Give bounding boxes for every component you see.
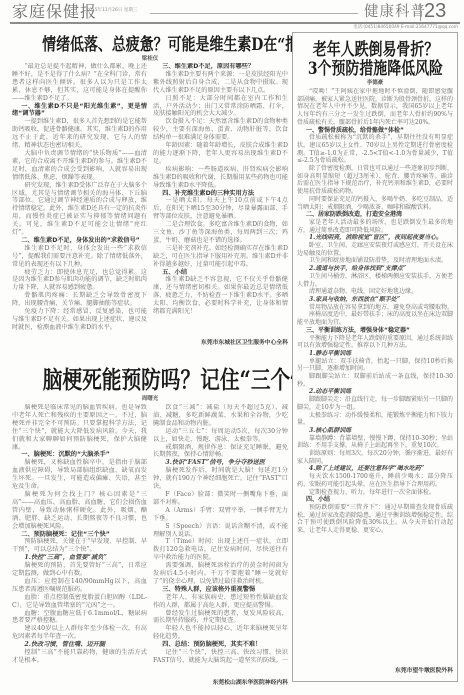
issue-date: 2025年11月26日 星期三 bbox=[86, 8, 137, 14]
article-title-text: 3个预防措施降低风险 bbox=[307, 59, 442, 79]
paragraph: 清理通道杂物、电线，固定好地毯边缘。 bbox=[297, 288, 453, 296]
paragraph: 需要强调，脑梗死溶栓治疗的黄金时间窗为发病后4.5小时内。千万不要抱着“睡一觉就… bbox=[153, 562, 288, 586]
paragraph: 维生素D缺乏不容忽视，它不仅关乎骨骼健康，还与情绪密切相关。如果你最近总是情绪低… bbox=[153, 276, 288, 316]
article-title-text: 老年人跌倒易骨折？ bbox=[312, 40, 437, 60]
paragraph: 脑梗死，又称缺血性脑卒中，是指由于脑部血液供应障碍，导致局部脑组织缺血、缺氧而发… bbox=[12, 459, 147, 491]
paragraph: 座椅高度适中，最好带扶手；床的高度以坐在床边双脚能平放地面为宜。 bbox=[297, 311, 453, 326]
paragraph: 训练原则：每周3次，每次20分钟，循序渐进，最好有家人陪同。 bbox=[297, 450, 453, 465]
paragraph: 脑梗死为何会找上门？核心因素是“三高”——高血压、高血脂、高血糖，它们会损伤血管… bbox=[12, 491, 147, 531]
paragraph: 一是晒太阳。每天上午10点前或下午4点后，在阳光下晒15至30分钟，尽量暴露面部… bbox=[153, 197, 288, 221]
paragraph: 免疫力下降：经常感冒、反复感染，也可能与维生素D不足有关。如果出现上述症状，建议… bbox=[12, 308, 147, 332]
subheading: 4.除了上述建议，还要注意科学“喝水吃药” bbox=[297, 465, 453, 473]
paragraph: 运动“三五七”：每周运动5次，每次30分钟以上，如快走、慢跑、游泳、太极拳等。 bbox=[153, 428, 288, 444]
article-body: “哎呦！”王阿姨在家中拖地时不慎滑倒，随即感觉髋部剧痛，被家人紧急送往医院，诊断… bbox=[297, 88, 453, 664]
paragraph: 一提到维生素D，很多人首先想到的是它能帮助钙吸收、促进骨骼健康。其实，维生素D的… bbox=[12, 118, 147, 150]
paragraph: 大脑中负责调节情绪的“快乐物质”——血清素，它的合成离不开维生素D的参与。维生素… bbox=[12, 150, 147, 182]
paragraph: 靠墙静蹲：背靠墙壁，慢慢下蹲，保持10-30秒；坐站训练：不用手支撑，从椅子上站… bbox=[297, 435, 453, 450]
paragraph: A（Arms）手臂：双臂平举，一侧手臂无力下垂。 bbox=[153, 507, 288, 523]
article-title-line-1: 老年人跌倒易骨折？ bbox=[292, 40, 458, 60]
paragraph: 单腿站立：双手扶椅背，抬起一只脚，保持10秒后换另一只脚，逐渐增加时间。 bbox=[297, 358, 453, 373]
article-author: 李德豪 bbox=[292, 80, 458, 87]
article-title: 情绪低落、总疲惫？可能是维生素D在“报警”！ bbox=[10, 35, 290, 55]
paragraph: 研究发现，维生素D受体广泛存在于大脑多个区域，尤其是与情绪调节相关的海马体、下丘… bbox=[12, 182, 147, 237]
article-body: 脑梗死是临床常见的脑血管疾病，也是导致中老年人死亡和残疾的主要原因之一。不过，脑… bbox=[12, 404, 288, 677]
paragraph: 血压：应控制在140/90mmHg以下，高血压患者需遵医嘱规范服药。 bbox=[12, 578, 147, 594]
paragraph: 三是补充剂补充。如经检测确实存在维生素D缺乏，可在医生指导下服用补充剂。维生素D… bbox=[153, 245, 288, 269]
subheading: 3.核心肌群训练 bbox=[297, 427, 453, 435]
paragraph: T（Time）时间：出现上述任一症状，立即拨打120急救电话，记住发病时间，尽快… bbox=[153, 538, 288, 562]
subheading: 1.光线明亮，消除视觉“盲区”，夜间起夜要当心。 bbox=[297, 234, 453, 242]
section-heading: 二、维生素D不足，身体发出的“求救信号” bbox=[12, 237, 147, 245]
paragraph: 脚跟脚尖站立：双脚前后站成一条直线，保持10-30秒。 bbox=[297, 373, 453, 388]
article-title: 脑梗死能预防吗？记住“三个快”！ bbox=[10, 366, 290, 394]
section-heading: 三、平衡训练方法，增强身体“稳定器” bbox=[297, 327, 453, 335]
paragraph: 年龄因素：随着年龄增长，皮肤合成维生素D的能力逐渐下降，老年人更容易出现维生素D… bbox=[153, 142, 288, 166]
paragraph: 戒烟限酒、规律作息：保证充足睡眠，避免长期熬夜，保持心情舒畅。 bbox=[153, 444, 288, 460]
article-source: 东莞松山湖东华医院神经内科 bbox=[150, 680, 288, 687]
paragraph: “哎呦！”王阿姨在家中拖地时不慎滑倒，随即感觉髋部剧痛，被家人紧急送往医院，诊断… bbox=[297, 88, 453, 127]
paragraph: 预防脑梗死，关键在于“早发现、早控制、早干预”，可以总结为“三个快”。 bbox=[12, 538, 147, 554]
paragraph: 卧室、卫生间、走廊应安装夜灯或感应灯，开关设在床边易触及的位置。 bbox=[297, 242, 453, 257]
article-source: 东莞市东城社区卫生服务中心全科 bbox=[150, 340, 288, 347]
paragraph: 老年人、有家族病史、患过短暂性脑缺血发作的人群，都属于高危人群，更应提高警惕。 bbox=[153, 594, 288, 610]
paragraph: 太极拳练习：动作缓慢柔和，能锻炼平衡能力和下肢力量。 bbox=[297, 412, 453, 427]
paragraph: 年轻人也不能掉以轻心，近年来脑梗死呈年轻化趋势。 bbox=[153, 625, 288, 641]
paragraph: 维生素D主要有两个来源：一是皮肤经阳光中紫外线照射后自身合成，二是从食物中摄取。… bbox=[153, 71, 288, 95]
masthead-rule bbox=[10, 22, 460, 24]
paragraph: 骨质疏松被称为“沉默的杀手”，早期往往没有明显症状。建议65岁以上女性、70岁以… bbox=[297, 134, 453, 165]
paragraph: 预防跌倒需要“三管齐下”：通过早期筛查发现骨质疏松，通过居家改造消除隐患，通过平… bbox=[297, 504, 453, 535]
masthead-divider bbox=[420, 4, 421, 21]
paragraph: 维生素D不足时，身体会发出一些“求救信号”，提醒我们需要注意补充。除了情绪低落外… bbox=[12, 245, 147, 269]
paragraph: 疲劳乏力：即使休息充足，也总觉得累。这是因为维生素D参与肌肉功能的调节，缺乏时肌… bbox=[12, 269, 147, 293]
paragraph: 饮食“三减”：减盐（每天不超过5克）、减油、减糖，多吃新鲜蔬菜、水果和全谷物，少… bbox=[153, 404, 288, 428]
paragraph: 脚跟脚尖走：沿直线行走，每一步脚跟紧贴另一只脚的脚尖，走10步为一组。 bbox=[297, 396, 453, 411]
section-heading: 二、居家防跌倒改造，打造安全港湾 bbox=[297, 211, 453, 219]
paragraph: 平衡能力下降是老年人跌倒的重要原因，通过系统训练可以有效增强稳定性。推荐以下几种… bbox=[297, 335, 453, 350]
section-title: 健康科普 bbox=[364, 3, 426, 21]
subheading: 3.家具与收纳，东西放在“顺手处” bbox=[297, 296, 453, 304]
subheading: 1.快控“三高”，血管要“减负” bbox=[12, 554, 147, 562]
masthead-thin-rule bbox=[150, 13, 358, 14]
article-body: “最近总是提不起精神，做什么都累，晚上还睡不好，是不是得了什么病？”在全科门诊，… bbox=[12, 63, 288, 339]
paragraph: 骨骼肌肉疼痛：长期缺乏会导致骨密度下降，出现腰背痛、关节痛、腿脚抽筋等症状。 bbox=[12, 292, 147, 308]
paragraph: 血脂：重点控制低密度脂蛋白胆固醇（LDL-C），它是导致血管堵塞的“元凶”之一。 bbox=[12, 594, 147, 610]
paragraph: 脑梗死是临床常见的脑血管疾病，也是导致中老年人死亡和残疾的主要原因之一。不过，脑… bbox=[12, 404, 147, 451]
subheading: 2.通道与扶手，给身体找到“支撑点” bbox=[297, 265, 453, 273]
section-heading: 四、总结：预防脑梗死，其实不难！ bbox=[153, 641, 288, 649]
paragraph: 血糖：空腹血糖应低于6.1mmol/L，糖尿病患者要严格控糖。 bbox=[12, 610, 147, 626]
subheading: 2.快改习惯，管住嘴、迈开腿 bbox=[12, 641, 147, 649]
newspaper-name: 家庭保健报 bbox=[12, 2, 97, 22]
subheading: 2.动态平衡训练 bbox=[297, 388, 453, 396]
article-title-line-2: 3个预防措施降低风险 bbox=[292, 59, 458, 79]
section-heading: 四、小结 bbox=[297, 496, 453, 504]
paragraph: F（Face）脸部：微笑时一侧嘴角下垂，面部不对称。 bbox=[153, 491, 288, 507]
page-number: 23 bbox=[424, 0, 446, 22]
paragraph: 每天饮水1500-1700毫升，睡前少喝水；部分降压药、安眠药可能引起头晕，应在… bbox=[297, 473, 453, 488]
paragraph: 除了骨密度检测，日常也可以通过一些迹象初步判断，如身高明显缩短（超过3厘米）、驼… bbox=[297, 165, 453, 196]
paragraph: 疾病影响：一些肠道疾病、肝肾疾病会影响维生素D的吸收和代谢，长期服用某些药物也可… bbox=[153, 166, 288, 190]
paragraph: 曾经发生过脑梗死的患者，复发风险较高，需长期坚持服药，并定期复查。 bbox=[153, 610, 288, 626]
paragraph: 控制“三高”不能只靠药物，健康的生活方式才是根本。 bbox=[12, 649, 147, 665]
paragraph: 脑梗死发作后，时间就是大脑！每延迟1分钟，就有190万个神经细胞死亡。记住“FA… bbox=[153, 467, 288, 491]
paragraph: 饮食摄入不足：天然富含维生素D的食物种类较少，主要有深海鱼、蛋黄、动物肝脏等，饮… bbox=[153, 118, 288, 142]
section-heading: 三、维生素D不足，原因有哪些？ bbox=[153, 63, 288, 71]
paragraph: 脑梗死的预防，首先要管好“三高”，日常应定期监测，做到心中有数。 bbox=[12, 562, 147, 578]
section-heading: 一、维生素D不只是“阳光维生素”，更是情绪“调节器” bbox=[12, 103, 147, 119]
paragraph: 二是合理饮食。多吃富含维生素D的食物，如三文鱼、沙丁鱼等深海鱼类，每周两到三次；… bbox=[153, 221, 288, 245]
article-author: 周曙光 bbox=[10, 396, 290, 403]
paragraph: S（Speech）言语：说话含糊不清，或不能理解别人说话。 bbox=[153, 523, 288, 539]
paragraph: 同时要保证充足的钙摄入，多喝牛奶、多吃豆制品，适当晒太阳；戒烟限酒，少喝浓茶、咖… bbox=[297, 196, 453, 211]
paragraph: 建议40岁以上人群每年至少体检一次，有高危因素者每半年查一次。 bbox=[12, 625, 147, 641]
section-heading: 三、特殊人群，应该格外重视警惕 bbox=[153, 586, 288, 594]
paragraph: 日照不足：大部分时间都在室内工作和生活，户外活动少；出门又常常涂防晒霜、打伞，皮… bbox=[153, 95, 288, 119]
article-author: 梁桂仪 bbox=[10, 56, 290, 63]
subheading: 1.静态平衡训练 bbox=[297, 350, 453, 358]
article-source: 东莞市望牛墩医院外科 bbox=[297, 668, 453, 675]
contact-info: 电话:(0451)84650049 E-mail:21647771@qq.com bbox=[353, 25, 458, 30]
paragraph: 家是老年人活动最多的场所，也是跌倒发生最多的地方，通过简单改造即可降低风险。 bbox=[297, 219, 453, 234]
paragraph: 卫生间马桶旁、淋浴区、楼梯两侧应安装扶手，方便老人借力。 bbox=[297, 273, 453, 288]
paragraph: “最近总是提不起精神，做什么都累，晚上还睡不好，是不是得了什么病？”在全科门诊，… bbox=[12, 63, 147, 103]
